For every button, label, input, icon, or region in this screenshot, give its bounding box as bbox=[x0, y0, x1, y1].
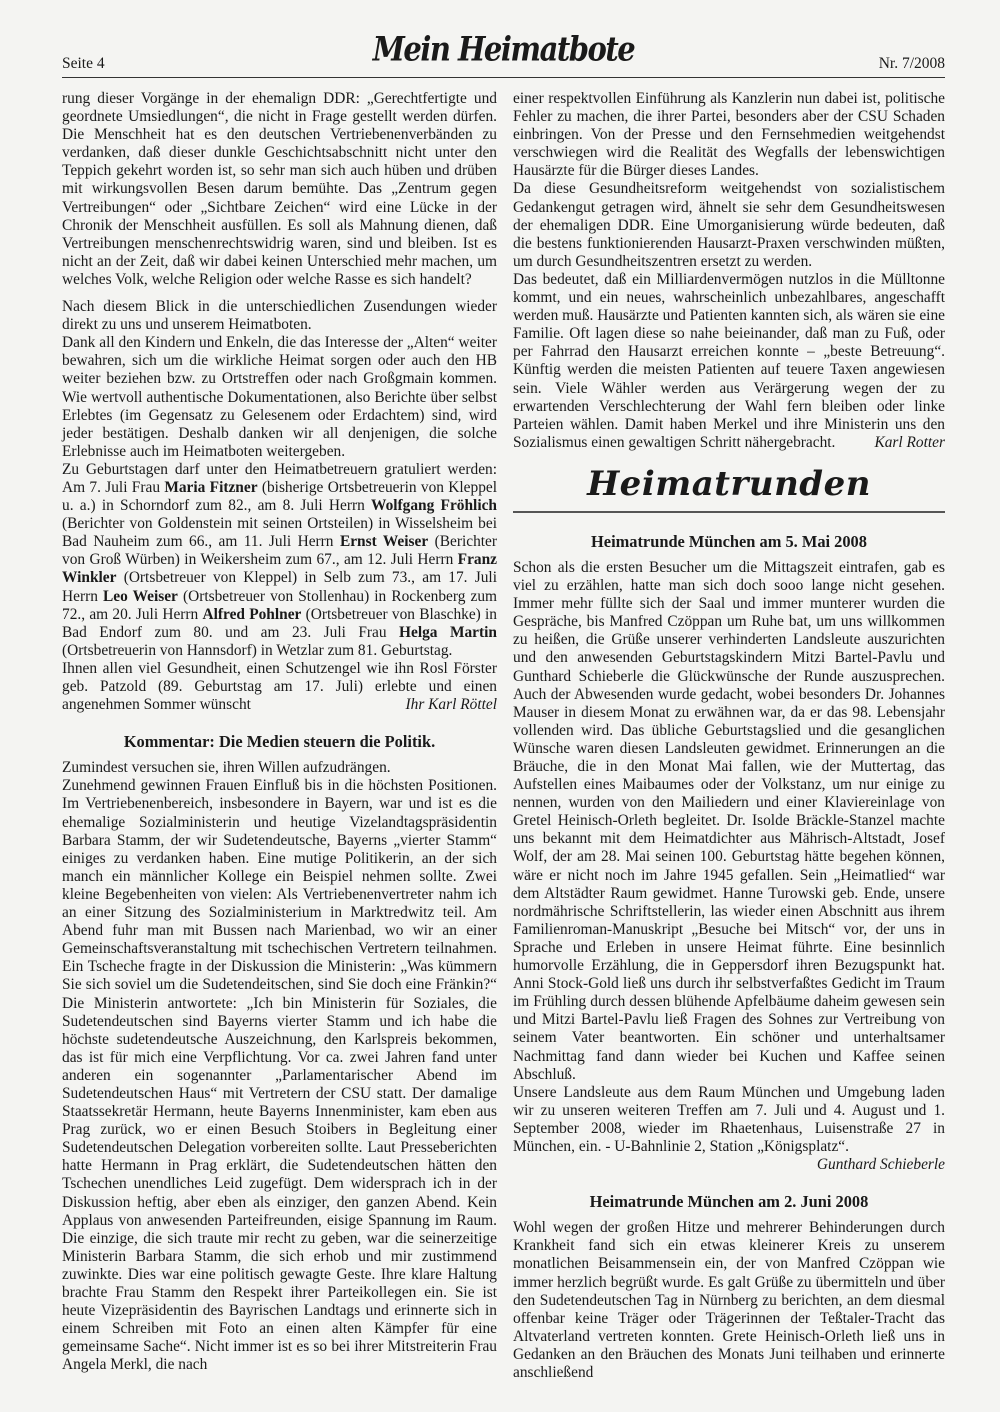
issue-number: Nr. 7/2008 bbox=[879, 55, 945, 73]
author-signature: Ihr Karl Röttel bbox=[406, 696, 498, 714]
person-name: Wolfgang Fröhlich bbox=[371, 497, 497, 514]
birthday-greetings: Zu Geburtstagen darf unter den Heimatbet… bbox=[62, 461, 497, 660]
paragraph: Nach diesem Blick in die unterschiedlich… bbox=[62, 298, 497, 334]
article-body: Unsere Landsleute aus dem Raum München u… bbox=[513, 1084, 945, 1156]
article-lead: Zumindest versuchen sie, ihren Willen au… bbox=[62, 759, 497, 777]
article-body: Das bedeutet, daß ein Milliardenvermögen… bbox=[513, 271, 945, 452]
person-name: Maria Fitzner bbox=[164, 479, 257, 496]
newspaper-page: Seite 4 Mein Heimatbote Nr. 7/2008 rung … bbox=[0, 0, 1000, 1412]
closing-paragraph: Ihnen allen viel Gesundheit, einen Schut… bbox=[62, 660, 497, 714]
article-body: Schon als die ersten Besucher um die Mit… bbox=[513, 559, 945, 1084]
article-body: einer respektvollen Einführung als Kanzl… bbox=[513, 90, 945, 180]
article-body: Wohl wegen der großen Hitze und mehrerer… bbox=[513, 1219, 945, 1382]
article-body: Zunehmend gewinnen Frauen Einfluß bis in… bbox=[62, 777, 497, 1374]
left-column: rung dieser Vorgänge in der ehemalign DD… bbox=[62, 90, 497, 1374]
header-divider bbox=[62, 77, 945, 78]
section-divider bbox=[513, 511, 945, 513]
article-body: Da diese Gesundheitsreform weitgehendst … bbox=[513, 180, 945, 270]
page-number: Seite 4 bbox=[62, 55, 105, 73]
masthead-logo: Mein Heimatbote bbox=[373, 29, 634, 68]
section-title: Heimatrunden bbox=[513, 475, 945, 493]
author-signature: Karl Rotter bbox=[874, 434, 945, 452]
person-name: Leo Weiser bbox=[103, 588, 178, 605]
paragraph: Dank all den Kindern und Enkeln, die das… bbox=[62, 334, 497, 461]
right-column: einer respektvollen Einführung als Kanzl… bbox=[513, 90, 945, 1382]
section-banner: Heimatrunden bbox=[513, 471, 945, 529]
article-title: Kommentar: Die Medien steuern die Politi… bbox=[62, 733, 497, 751]
article-intro-paragraph: rung dieser Vorgänge in der ehemalign DD… bbox=[62, 90, 497, 289]
person-name: Helga Martin bbox=[399, 624, 497, 641]
article-title: Heimatrunde München am 5. Mai 2008 bbox=[513, 533, 945, 551]
person-name: Alfred Pohlner bbox=[203, 606, 302, 623]
person-name: Ernst Weiser bbox=[340, 533, 428, 550]
article-title: Heimatrunde München am 2. Juni 2008 bbox=[513, 1193, 945, 1211]
page-header: Seite 4 Mein Heimatbote Nr. 7/2008 bbox=[62, 30, 945, 76]
author-signature: Gunthard Schieberle bbox=[513, 1156, 945, 1174]
